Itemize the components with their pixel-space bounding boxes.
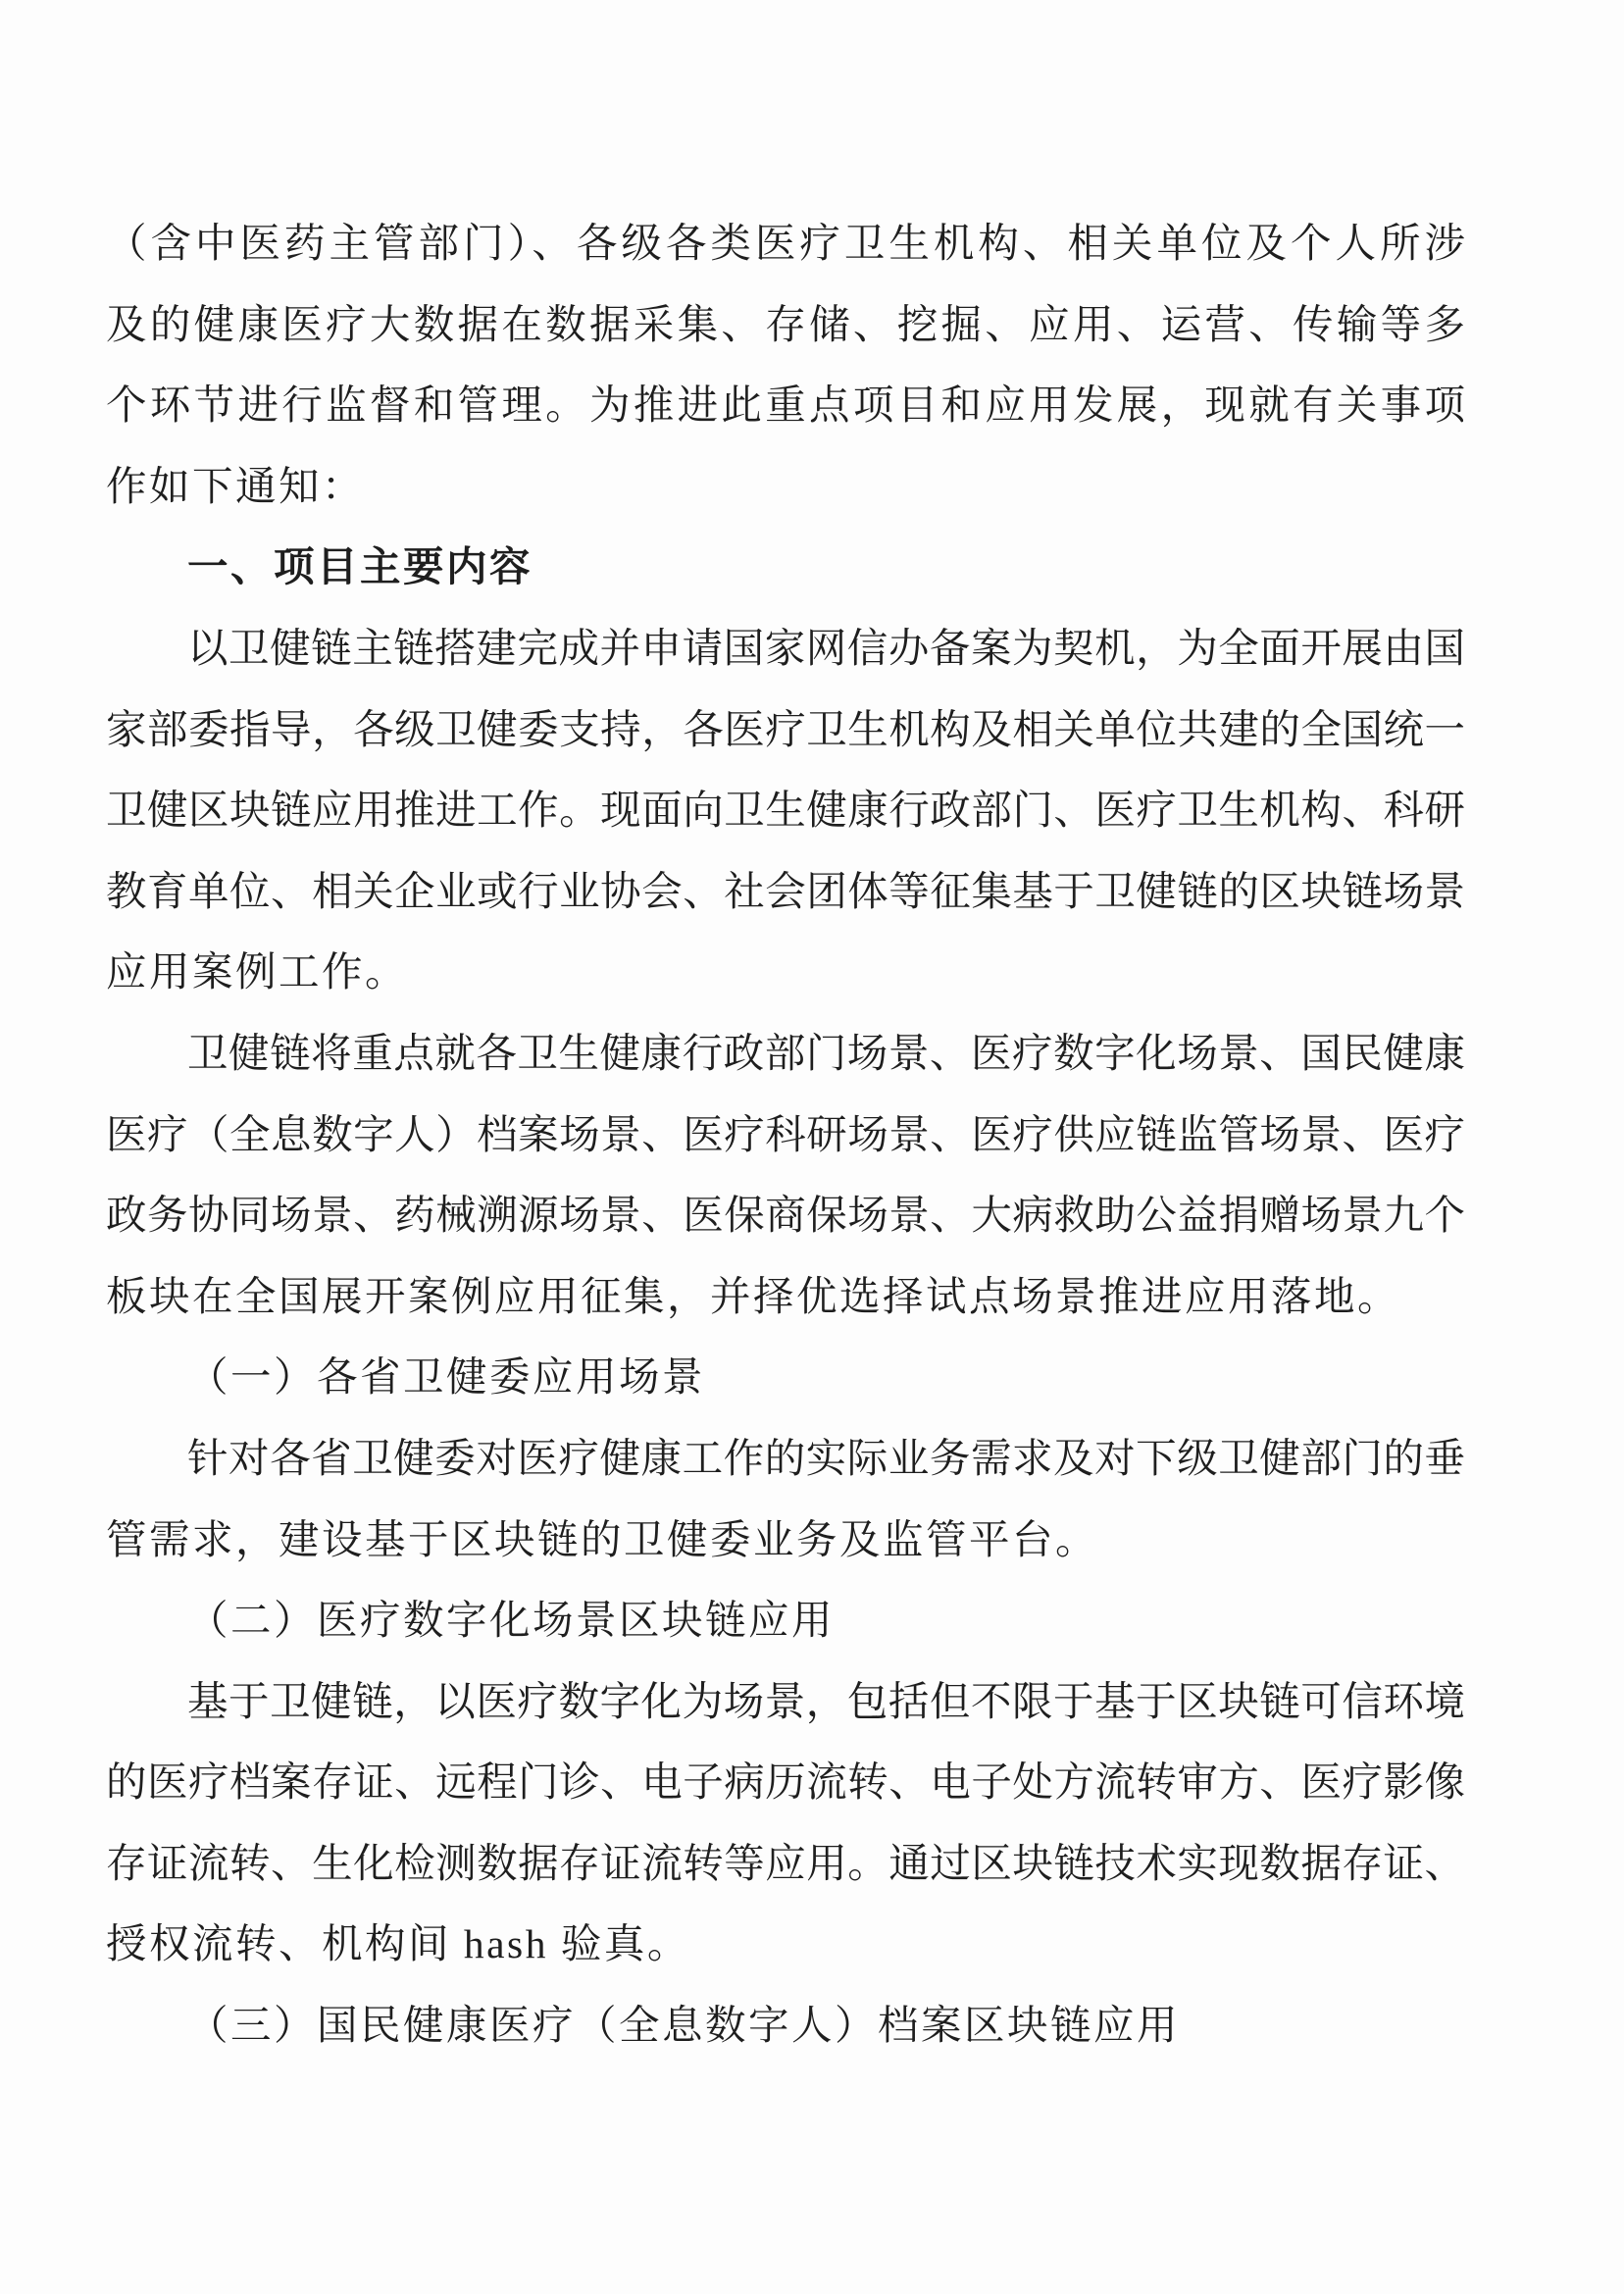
body-line: 应用案例工作。	[106, 932, 1465, 1013]
body-line: 医疗（全息数字人）档案场景、医疗科研场景、医疗供应链监管场景、医疗	[106, 1095, 1465, 1176]
body-line: 基于卫健链，以医疗数字化为场景，包括但不限于基于区块链可信环境	[106, 1661, 1465, 1743]
body-line: 的医疗档案存证、远程门诊、电子病历流转、电子处方流转审方、医疗影像	[106, 1742, 1465, 1823]
body-line: 及的健康医疗大数据在数据采集、存储、挖掘、应用、运营、传输等多	[106, 284, 1465, 366]
body-line: 管需求，建设基于区块链的卫健委业务及监管平台。	[106, 1500, 1465, 1581]
body-line: 卫健链将重点就各卫生健康行政部门场景、医疗数字化场景、国民健康	[106, 1013, 1465, 1095]
body-line: 家部委指导，各级卫健委支持，各医疗卫生机构及相关单位共建的全国统一	[106, 689, 1465, 771]
body-line: 政务协同场景、药械溯源场景、医保商保场景、大病救助公益捐赠场景九个	[106, 1175, 1465, 1256]
body-line: 针对各省卫健委对医疗健康工作的实际业务需求及对下级卫健部门的垂	[106, 1418, 1465, 1500]
body-line: （含中医药主管部门）、各级各类医疗卫生机构、相关单位及个人所涉	[106, 203, 1465, 284]
document-text-block: （含中医药主管部门）、各级各类医疗卫生机构、相关单位及个人所涉 及的健康医疗大数…	[106, 203, 1465, 2066]
subsection-heading-1: （一）各省卫健委应用场景	[106, 1337, 1465, 1418]
body-line: 存证流转、生化检测数据存证流转等应用。通过区块链技术实现数据存证、	[106, 1823, 1465, 1905]
section-heading: 一、项目主要内容	[106, 527, 1465, 608]
body-line: 卫健区块链应用推进工作。现面向卫生健康行政部门、医疗卫生机构、科研	[106, 770, 1465, 851]
body-line: 以卫健链主链搭建完成并申请国家网信办备案为契机，为全面开展由国	[106, 608, 1465, 689]
body-line: 作如下通知：	[106, 446, 1465, 528]
body-line: 授权流转、机构间 hash 验真。	[106, 1904, 1465, 1985]
document-page: （含中医药主管部门）、各级各类医疗卫生机构、相关单位及个人所涉 及的健康医疗大数…	[0, 0, 1624, 2294]
body-line: 个环节进行监督和管理。为推进此重点项目和应用发展，现就有关事项	[106, 365, 1465, 446]
body-line: 板块在全国展开案例应用征集，并择优选择试点场景推进应用落地。	[106, 1256, 1465, 1338]
subsection-heading-3: （三）国民健康医疗（全息数字人）档案区块链应用	[106, 1985, 1465, 2066]
body-line: 教育单位、相关企业或行业协会、社会团体等征集基于卫健链的区块链场景	[106, 851, 1465, 933]
subsection-heading-2: （二）医疗数字化场景区块链应用	[106, 1580, 1465, 1661]
